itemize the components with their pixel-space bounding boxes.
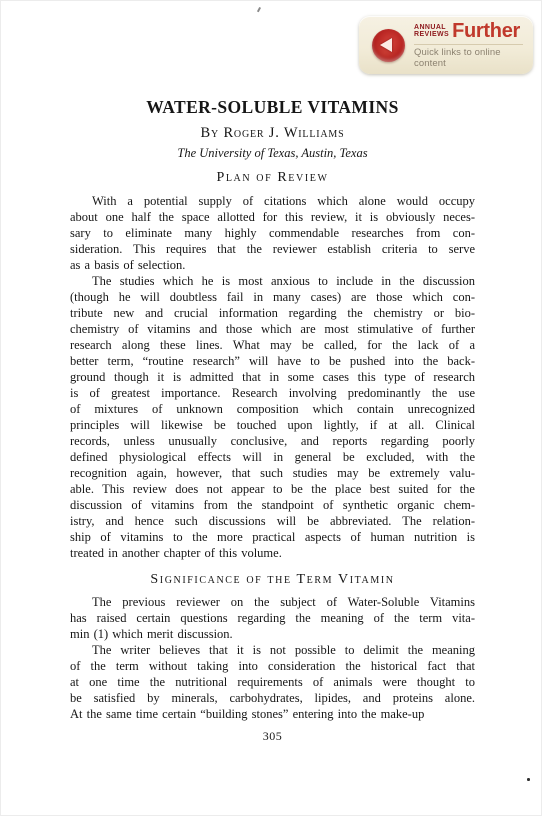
annual-reviews-logo-text: ANNUAL REVIEWS [414,24,449,39]
article-body: WATER-SOLUBLE VITAMINS By Roger J. Willi… [70,97,475,744]
page-number: 305 [70,729,475,744]
article-title: WATER-SOLUBLE VITAMINS [70,97,475,117]
article-affiliation: The University of Texas, Austin, Texas [70,146,475,160]
left-triangle-icon [380,38,392,52]
badge-divider [414,44,523,45]
article-byline: By Roger J. Williams [70,125,475,141]
annual-reviews-further-badge[interactable]: ANNUAL REVIEWS Further Quick links to on… [359,16,533,74]
paragraph: The studies which he is most anxious to … [70,273,475,561]
further-label: Further [452,21,520,41]
scan-artifact-speck [257,7,261,12]
paragraph: The writer believes that it is not possi… [70,642,475,722]
scan-artifact-dot [527,778,530,781]
paragraph: With a potential supply of citations whi… [70,193,475,273]
badge-subtitle: Quick links to online content [414,47,523,69]
paragraph: The previous reviewer on the subject of … [70,594,475,642]
back-arrow-circle-icon[interactable] [372,29,405,62]
section-heading-significance: Significance of the Term Vitamin [70,572,475,588]
badge-text-area: ANNUAL REVIEWS Further Quick links to on… [414,21,523,69]
document-page: ANNUAL REVIEWS Further Quick links to on… [0,0,542,816]
section-heading-plan-of-review: Plan of Review [70,170,475,186]
